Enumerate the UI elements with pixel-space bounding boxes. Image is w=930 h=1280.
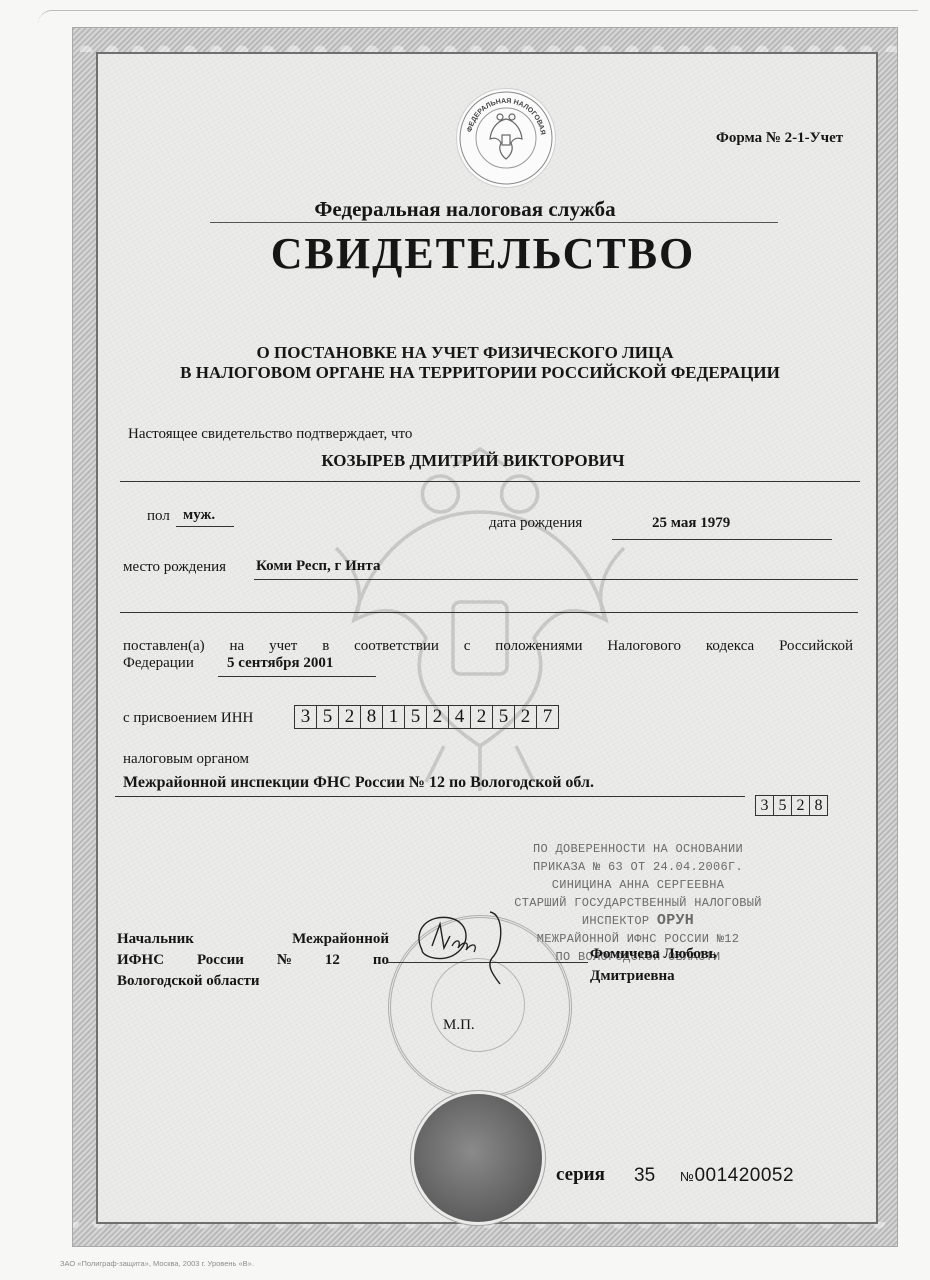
birth-place-value: Коми Респ, г Инта (256, 558, 380, 575)
svg-text:ФЕДЕРАЛЬНАЯ НАЛОГОВАЯ СЛУЖБА: ФЕДЕРАЛЬНАЯ НАЛОГОВАЯ СЛУЖБА (457, 89, 546, 137)
intro-text: Настоящее свидетельство подтверждает, чт… (128, 426, 412, 443)
digit-cell: 2 (792, 796, 810, 815)
number-sign: № (680, 1169, 694, 1184)
birth-date-value: 25 мая 1979 (652, 515, 730, 532)
digit-cell: 5 (405, 706, 427, 728)
printer-imprint: ЗАО «Полиграф-защита», Москва, 2003 г. У… (60, 1259, 254, 1268)
stamp-line-4: Старший государственный налоговый (488, 894, 788, 912)
digit-cell: 5 (317, 706, 339, 728)
digit-cell: 3 (295, 706, 317, 728)
birth-place-label: место рождения (123, 559, 226, 576)
authority-code-boxes: 3528 (755, 795, 828, 816)
registration-date: 5 сентября 2001 (227, 655, 333, 672)
agency-name: Федеральная налоговая служба (0, 197, 930, 222)
inn-label: с присвоением ИНН (123, 710, 253, 727)
full-name: КОЗЫРЕВ ДМИТРИЙ ВИКТОРОВИЧ (0, 451, 930, 471)
sex-underline (176, 526, 234, 527)
agency-underline (210, 222, 778, 223)
registered-text-line2: Федерации (123, 655, 194, 672)
position-word: России (197, 950, 244, 971)
series-value: 35 (634, 1165, 655, 1187)
digit-cell: 2 (471, 706, 493, 728)
stamp-line-3: Синицина Анна Сергеевна (488, 876, 788, 894)
inn-boxes: 352815242527 (294, 705, 559, 729)
digit-cell: 1 (383, 706, 405, 728)
birth-place-underline (254, 579, 858, 580)
digit-cell: 5 (774, 796, 792, 815)
stamp-line-5: инспектор ОРУН (488, 912, 788, 930)
authority-name: Межрайонной инспекции ФНС России № 12 по… (123, 774, 594, 792)
seal-place-label: М.П. (443, 1017, 475, 1034)
stamp-line-1: По доверенности на основании (488, 840, 788, 858)
signatory-name: Фомичева Любовь Дмитриевна (590, 943, 717, 987)
position-word: Вологодской области (117, 971, 389, 992)
name-underline (120, 481, 860, 482)
digit-cell: 2 (515, 706, 537, 728)
stamp-line-5-prefix: инспектор (582, 914, 650, 928)
digit-cell: 4 (449, 706, 471, 728)
subtitle-line-1: О ПОСТАНОВКЕ НА УЧЕТ ФИЗИЧЕСКОГО ЛИЦА (0, 343, 930, 363)
digit-cell: 8 (361, 706, 383, 728)
signatory-name-line-1: Фомичева Любовь (590, 943, 717, 965)
birth-date-label: дата рождения (489, 515, 582, 532)
authority-underline (115, 796, 745, 797)
number-value: 001420052 (694, 1165, 794, 1186)
registration-date-underline (218, 676, 376, 677)
position-word: по (373, 950, 389, 971)
registered-text-line1: поставлен(а) на учет в соответствии с по… (123, 638, 853, 655)
fns-emblem-seal-icon: ФЕДЕРАЛЬНАЯ НАЛОГОВАЯ СЛУЖБА (456, 88, 556, 188)
position-word: ИФНС (117, 950, 164, 971)
form-number: Форма № 2-1-Учет (716, 130, 843, 147)
document-subtitle: О ПОСТАНОВКЕ НА УЧЕТ ФИЗИЧЕСКОГО ЛИЦА В … (0, 343, 930, 383)
signatory-name-line-2: Дмитриевна (590, 965, 717, 987)
stamp-line-2: приказа № 63 от 24.04.2006г. (488, 858, 788, 876)
authority-label: налоговым органом (123, 751, 249, 768)
hologram-seal-icon (414, 1094, 542, 1222)
digit-cell: 5 (493, 706, 515, 728)
sex-label: пол (147, 508, 170, 525)
position-word: № (277, 950, 292, 971)
position-word: Межрайонной (292, 929, 389, 950)
position-word: Начальник (117, 929, 194, 950)
digit-cell: 8 (810, 796, 827, 815)
subtitle-line-2: В НАЛОГОВОМ ОРГАНЕ НА ТЕРРИТОРИИ РОССИЙС… (0, 363, 930, 383)
document-title: СВИДЕТЕЛЬСТВО (0, 228, 930, 279)
digit-cell: 2 (339, 706, 361, 728)
certificate-number: №001420052 (680, 1165, 794, 1187)
birth-place-underline-2 (120, 612, 858, 613)
double-headed-eagle-watermark-icon (300, 440, 660, 800)
handwritten-signature-icon (400, 906, 520, 986)
position-word: 12 (325, 950, 340, 971)
sex-value: муж. (183, 507, 215, 524)
digit-cell: 3 (756, 796, 774, 815)
digit-cell: 2 (427, 706, 449, 728)
digit-cell: 7 (537, 706, 558, 728)
stamp-department: ОРУН (657, 912, 694, 929)
series-label: серия (556, 1164, 605, 1186)
signatory-position: Начальник Межрайонной ИФНС России № 12 п… (117, 929, 389, 992)
birth-date-underline (612, 539, 832, 540)
